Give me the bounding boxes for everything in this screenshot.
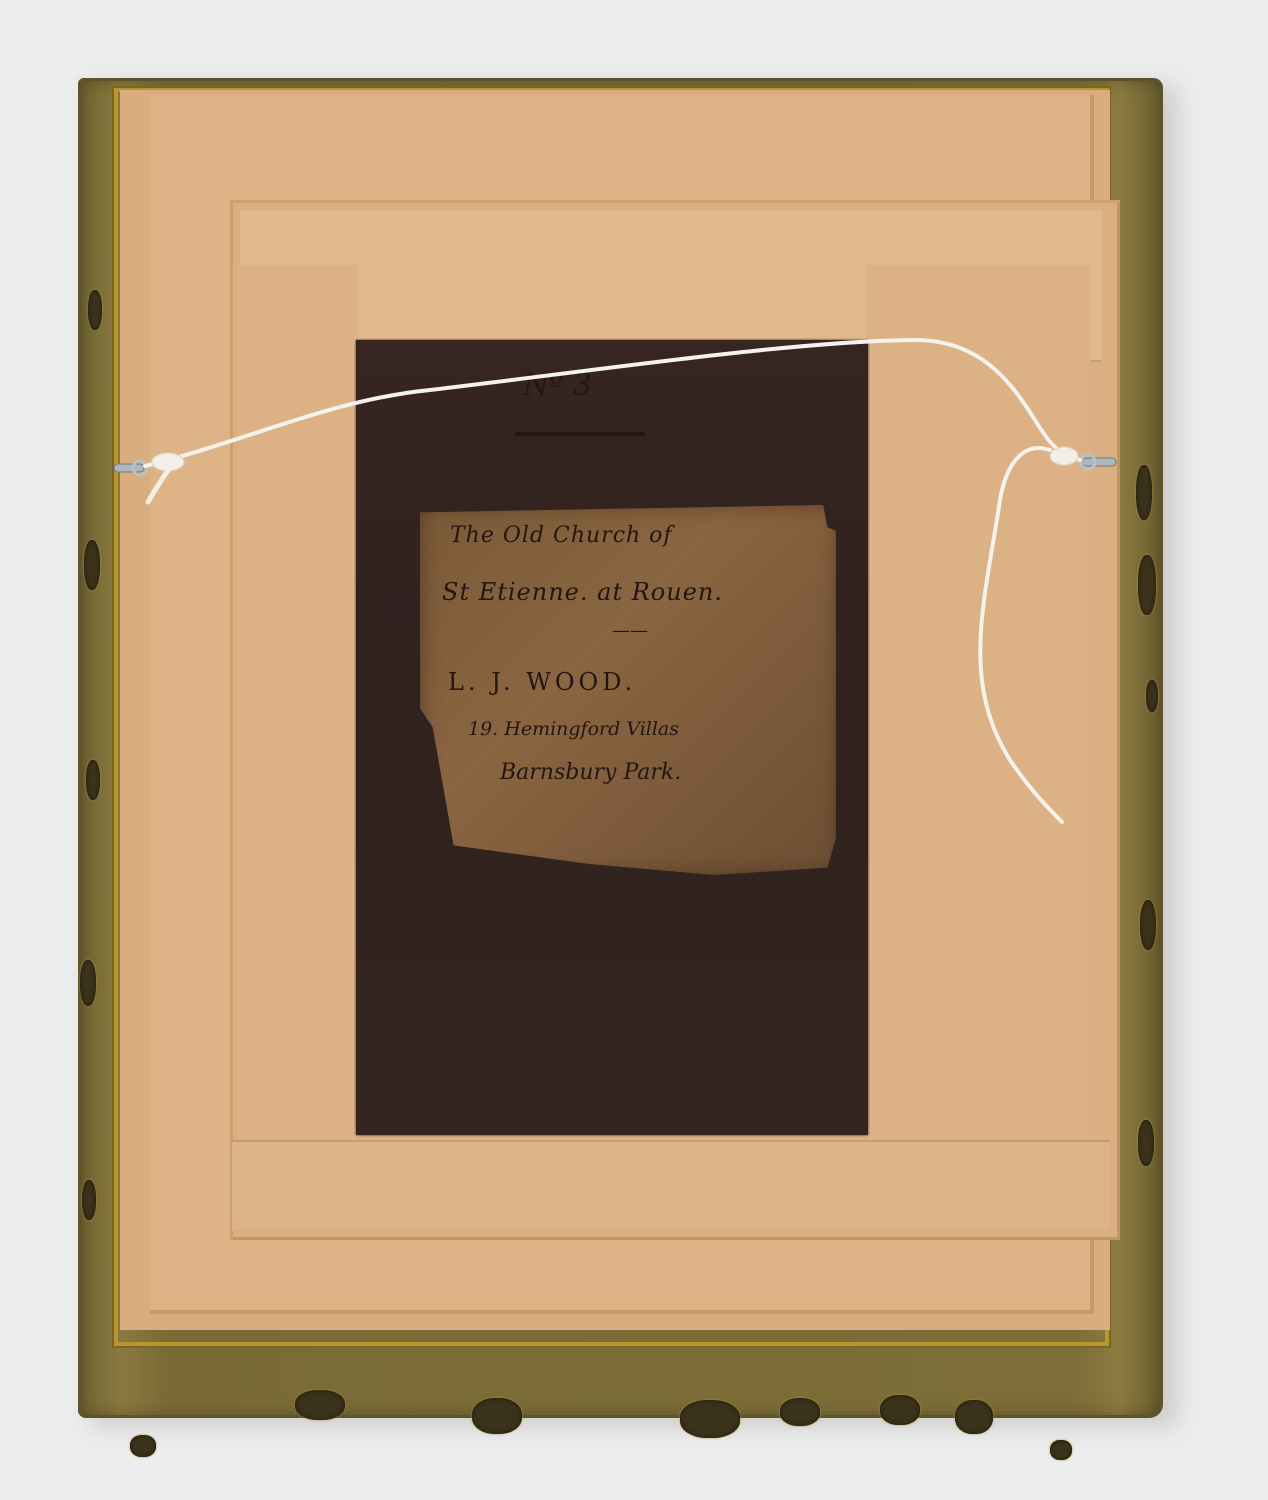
hanging-cord xyxy=(0,0,1268,1500)
right-screw-eye-icon xyxy=(1081,455,1116,469)
left-screw-eye-icon xyxy=(114,461,147,475)
